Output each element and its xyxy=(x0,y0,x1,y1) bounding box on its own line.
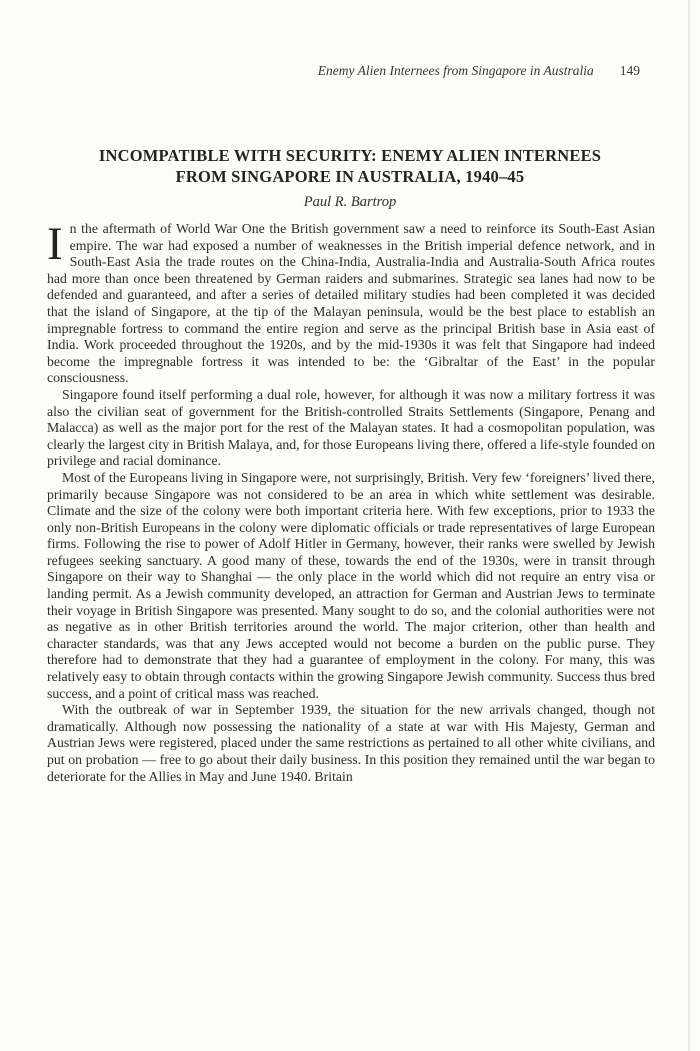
article-title: INCOMPATIBLE WITH SECURITY: ENEMY ALIEN … xyxy=(0,146,700,187)
article-body: In the aftermath of World War One the Br… xyxy=(47,221,655,785)
author-byline: Paul R. Bartrop xyxy=(0,194,700,211)
paragraph-3: Most of the Europeans living in Singapor… xyxy=(47,470,655,702)
page-number: 149 xyxy=(620,63,640,79)
scanned-paper-page: Enemy Alien Internees from Singapore in … xyxy=(0,0,700,1051)
article-title-line2: FROM SINGAPORE IN AUSTRALIA, 1940–45 xyxy=(176,167,525,186)
running-header-title: Enemy Alien Internees from Singapore in … xyxy=(318,63,594,79)
running-header: Enemy Alien Internees from Singapore in … xyxy=(0,63,640,79)
paragraph-1-text: n the aftermath of World War One the Bri… xyxy=(47,221,655,385)
article-title-line1: INCOMPATIBLE WITH SECURITY: ENEMY ALIEN … xyxy=(99,146,601,165)
paragraph-1: In the aftermath of World War One the Br… xyxy=(47,221,655,387)
dropcap-letter: I xyxy=(47,222,63,268)
paragraph-4: With the outbreak of war in September 19… xyxy=(47,702,655,785)
paragraph-2: Singapore found itself performing a dual… xyxy=(47,387,655,470)
